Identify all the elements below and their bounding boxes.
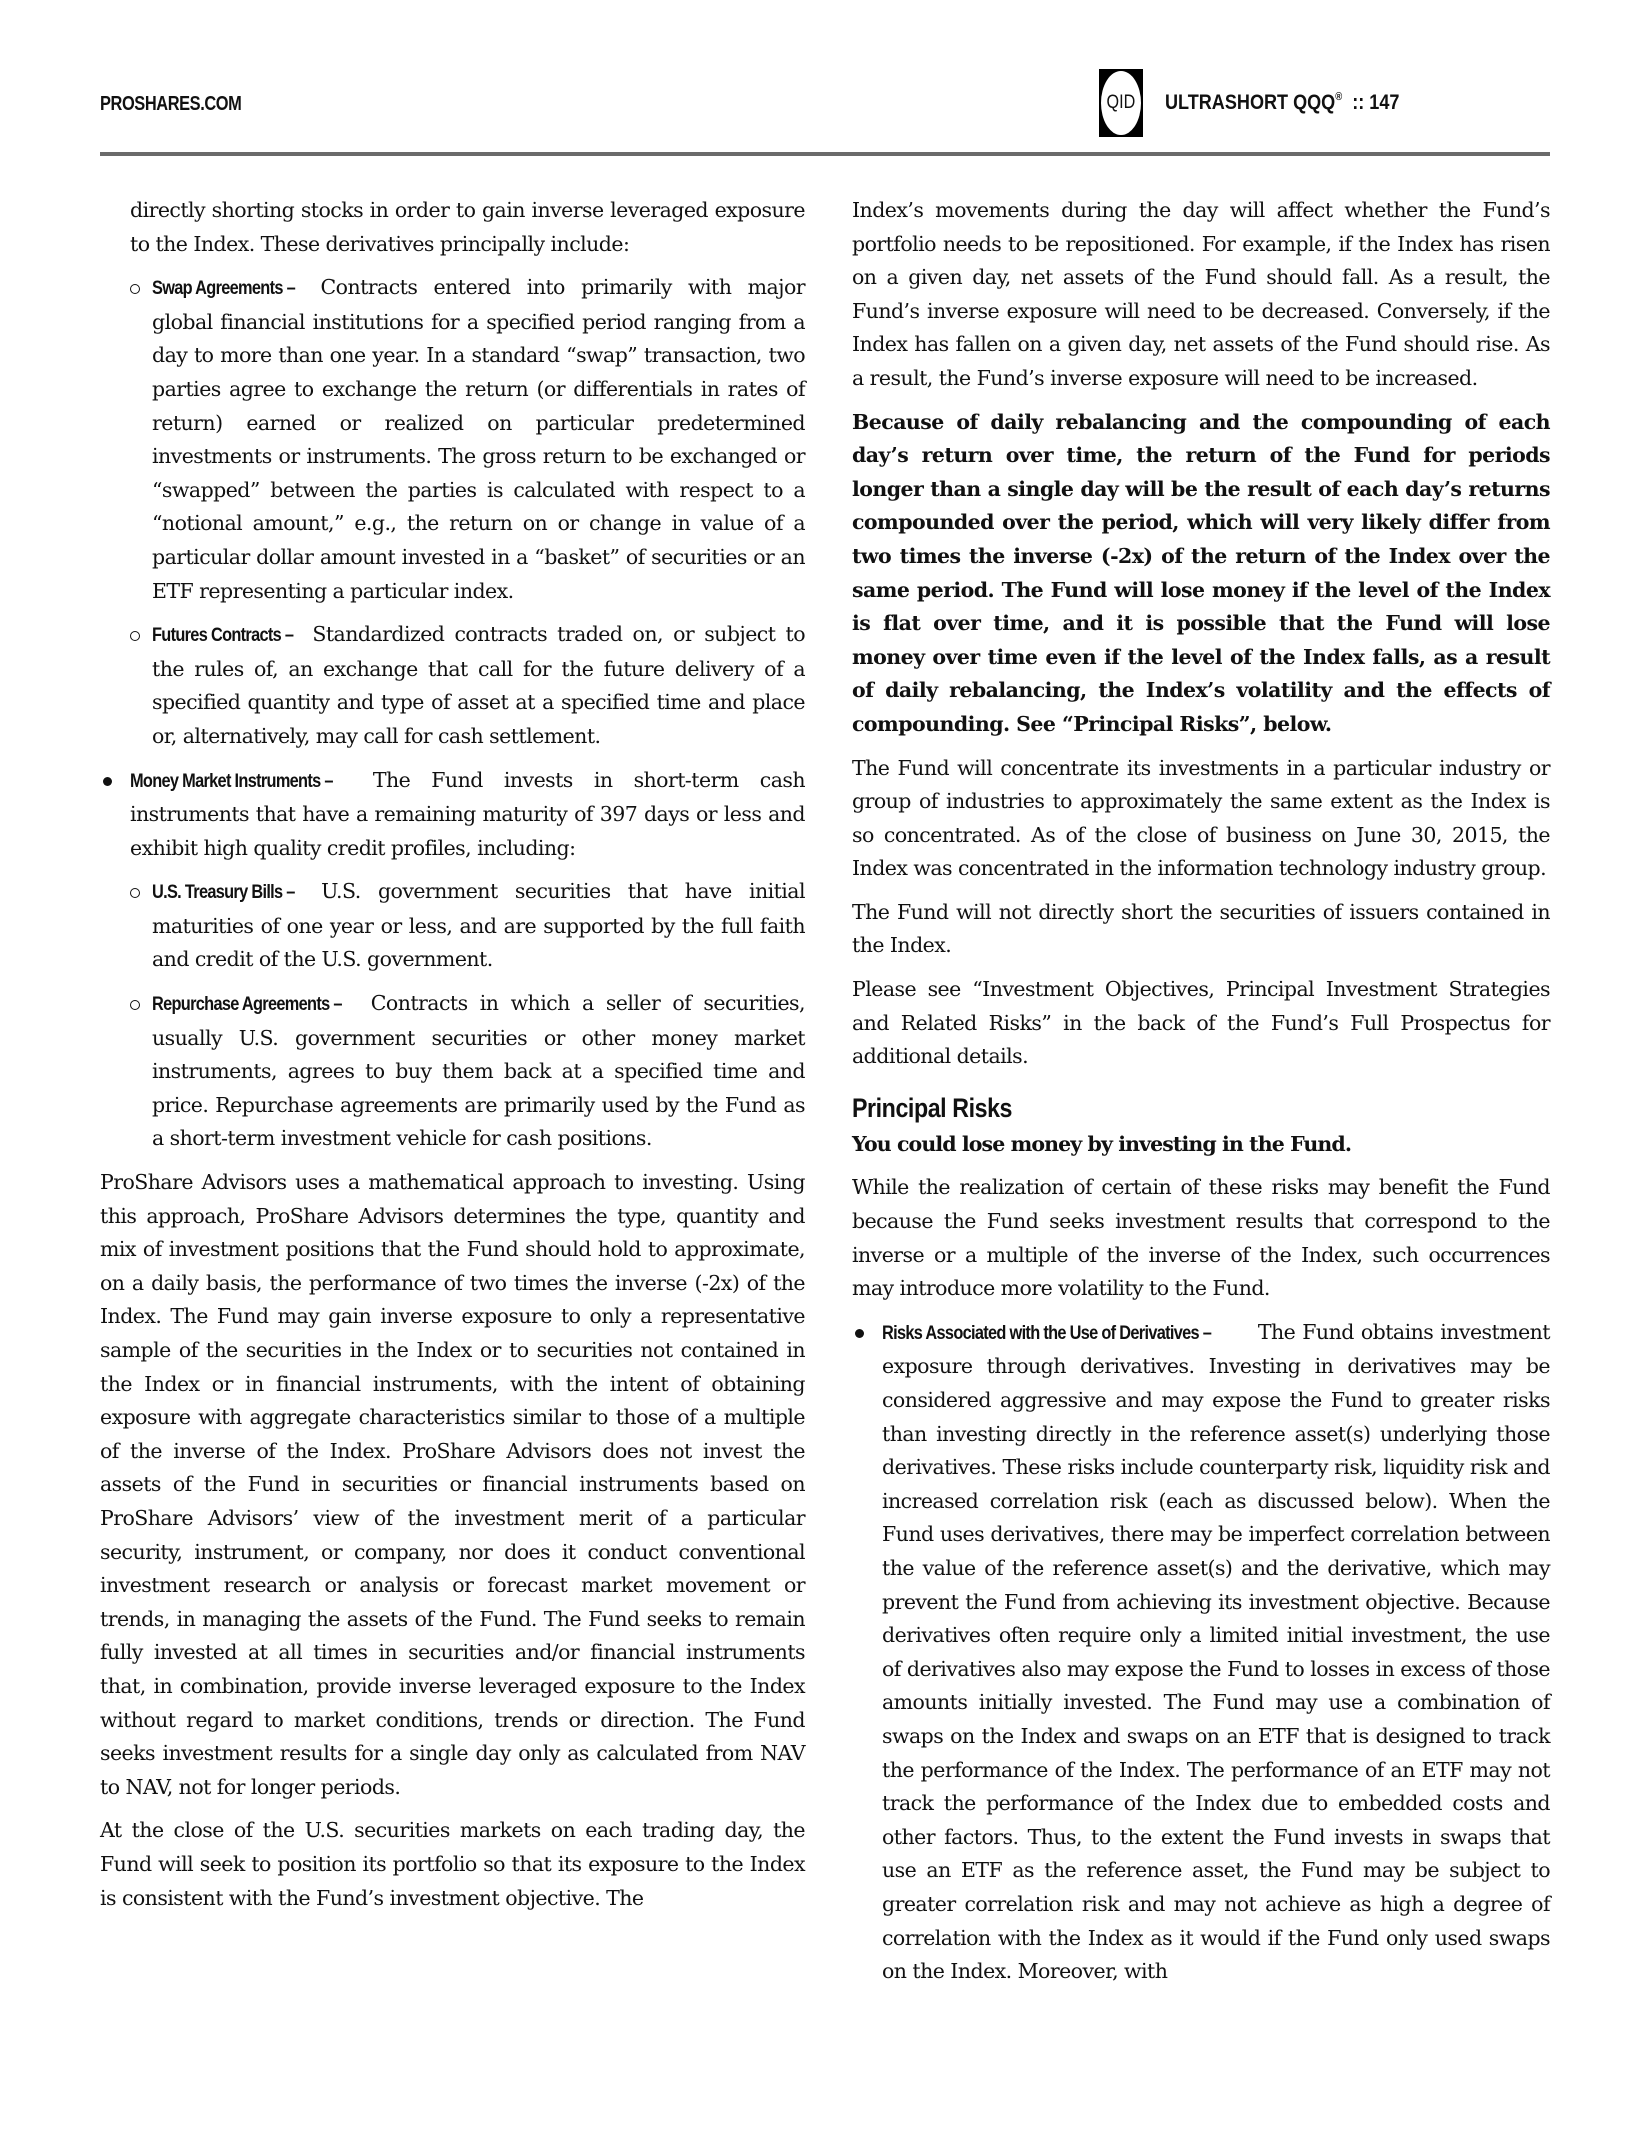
running-title: ULTRASHORT QQQ® :: 147 [1165,91,1399,115]
item-label: Swap Agreements – [152,272,295,306]
paragraph-rebalancing-warning: Because of daily rebalancing and the com… [852,406,1550,742]
item-text: The Fund obtains investment exposure thr… [882,1320,1550,1983]
header-rule [100,152,1550,156]
item-label: Risks Associated with the Use of Derivat… [882,1317,1211,1351]
hollow-bullet-icon [130,284,140,294]
list-item-futures-contracts: Futures Contracts – Standardized contrac… [100,618,805,753]
list-item-treasury-bills: U.S. Treasury Bills – U.S. government se… [100,875,805,977]
title-separator: :: [1352,91,1364,114]
hollow-bullet-icon [130,631,140,641]
left-column: directly shorting stocks in order to gai… [100,194,805,1925]
paragraph-mathematical-approach: ProShare Advisors uses a mathematical ap… [100,1166,805,1804]
paragraph-concentration: The Fund will concentrate its investment… [852,752,1550,886]
section-subheading: You could lose money by investing in the… [852,1128,1550,1162]
item-label: U.S. Treasury Bills – [152,876,295,910]
list-item-money-market: Money Market Instruments – The Fund inve… [100,764,805,866]
bullet-icon [103,777,112,786]
item-label: Money Market Instruments – [130,765,333,799]
list-item-swap-agreements: Swap Agreements – Contracts entered into… [100,271,805,608]
page-header: PROSHARES.COM [100,0,1550,160]
ticker-badge-label: QID [1107,92,1136,114]
item-label: Futures Contracts – [152,619,293,653]
site-url: PROSHARES.COM [100,93,241,116]
page-number: 147 [1369,91,1399,114]
section-heading-principal-risks: Principal Risks [852,1088,1452,1128]
bullet-icon [855,1329,864,1338]
registered-mark: ® [1335,91,1342,103]
list-item-derivatives-risk: Risks Associated with the Use of Derivat… [852,1316,1550,1989]
fund-name: ULTRASHORT QQQ [1165,91,1335,114]
hollow-bullet-icon [130,888,140,898]
hollow-bullet-icon [130,1000,140,1010]
item-text: Contracts entered into primarily with ma… [152,275,805,602]
right-column: Index’s movements during the day will af… [852,194,1550,1999]
item-label: Repurchase Agreements – [152,988,342,1022]
list-item-repurchase-agreements: Repurchase Agreements – Contracts in whi… [100,987,805,1156]
paragraph-risks-intro: While the realization of certain of thes… [852,1171,1550,1305]
paragraph-see-prospectus: Please see “Investment Objectives, Princ… [852,973,1550,1074]
ticker-badge-circle: QID [1101,71,1141,135]
paragraph-index-movements: Index’s movements during the day will af… [852,194,1550,396]
paragraph-no-short: The Fund will not directly short the sec… [852,896,1550,963]
ticker-badge: QID [1099,69,1143,137]
intro-continuation: directly shorting stocks in order to gai… [100,194,805,261]
paragraph-market-close: At the close of the U.S. securities mark… [100,1814,805,1915]
